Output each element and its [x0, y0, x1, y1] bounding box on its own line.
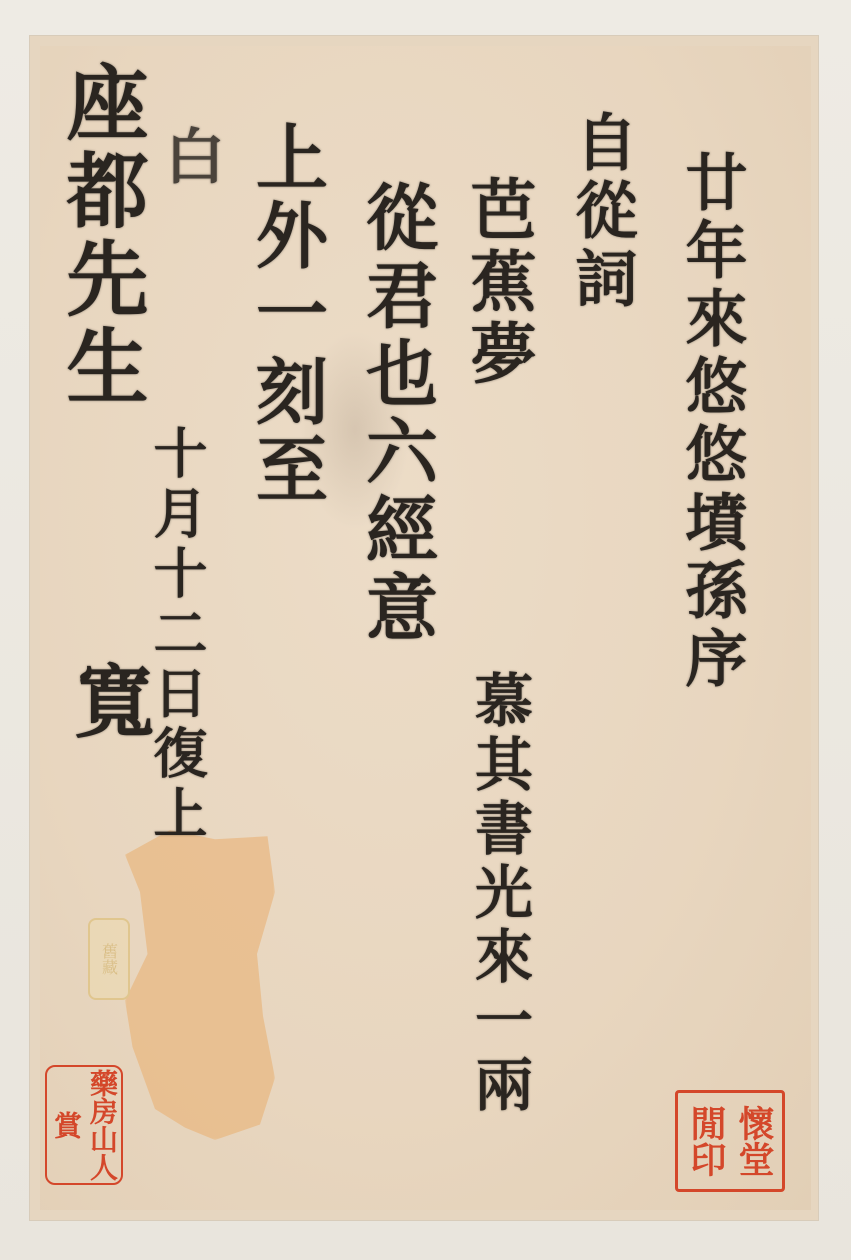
- calligraphy-signature: 寬: [68, 660, 148, 746]
- calligraphy-column-1: 廿年來悠悠墳孫序: [680, 150, 742, 694]
- collector-seal-left: 藥房山人賞: [45, 1065, 123, 1185]
- calligraphy-column-4: 慕其書光來一兩: [470, 670, 528, 1118]
- calligraphy-column-9: 座都先生: [60, 60, 142, 412]
- collector-seal-right: 懷堂閒印: [675, 1090, 785, 1192]
- calligraphy-column-8: 十月十二日復上: [150, 425, 204, 845]
- calligraphy-column-5: 從君也六經意: [360, 180, 432, 648]
- calligraphy-column-6: 上外一刻至: [250, 120, 322, 510]
- calligraphy-column-7: 白: [160, 125, 220, 191]
- calligraphy-column-3: 芭蕉夢: [465, 175, 531, 391]
- calligraphy-column-2: 自從詞: [570, 110, 632, 314]
- faded-collector-seal: 舊藏: [88, 918, 130, 1000]
